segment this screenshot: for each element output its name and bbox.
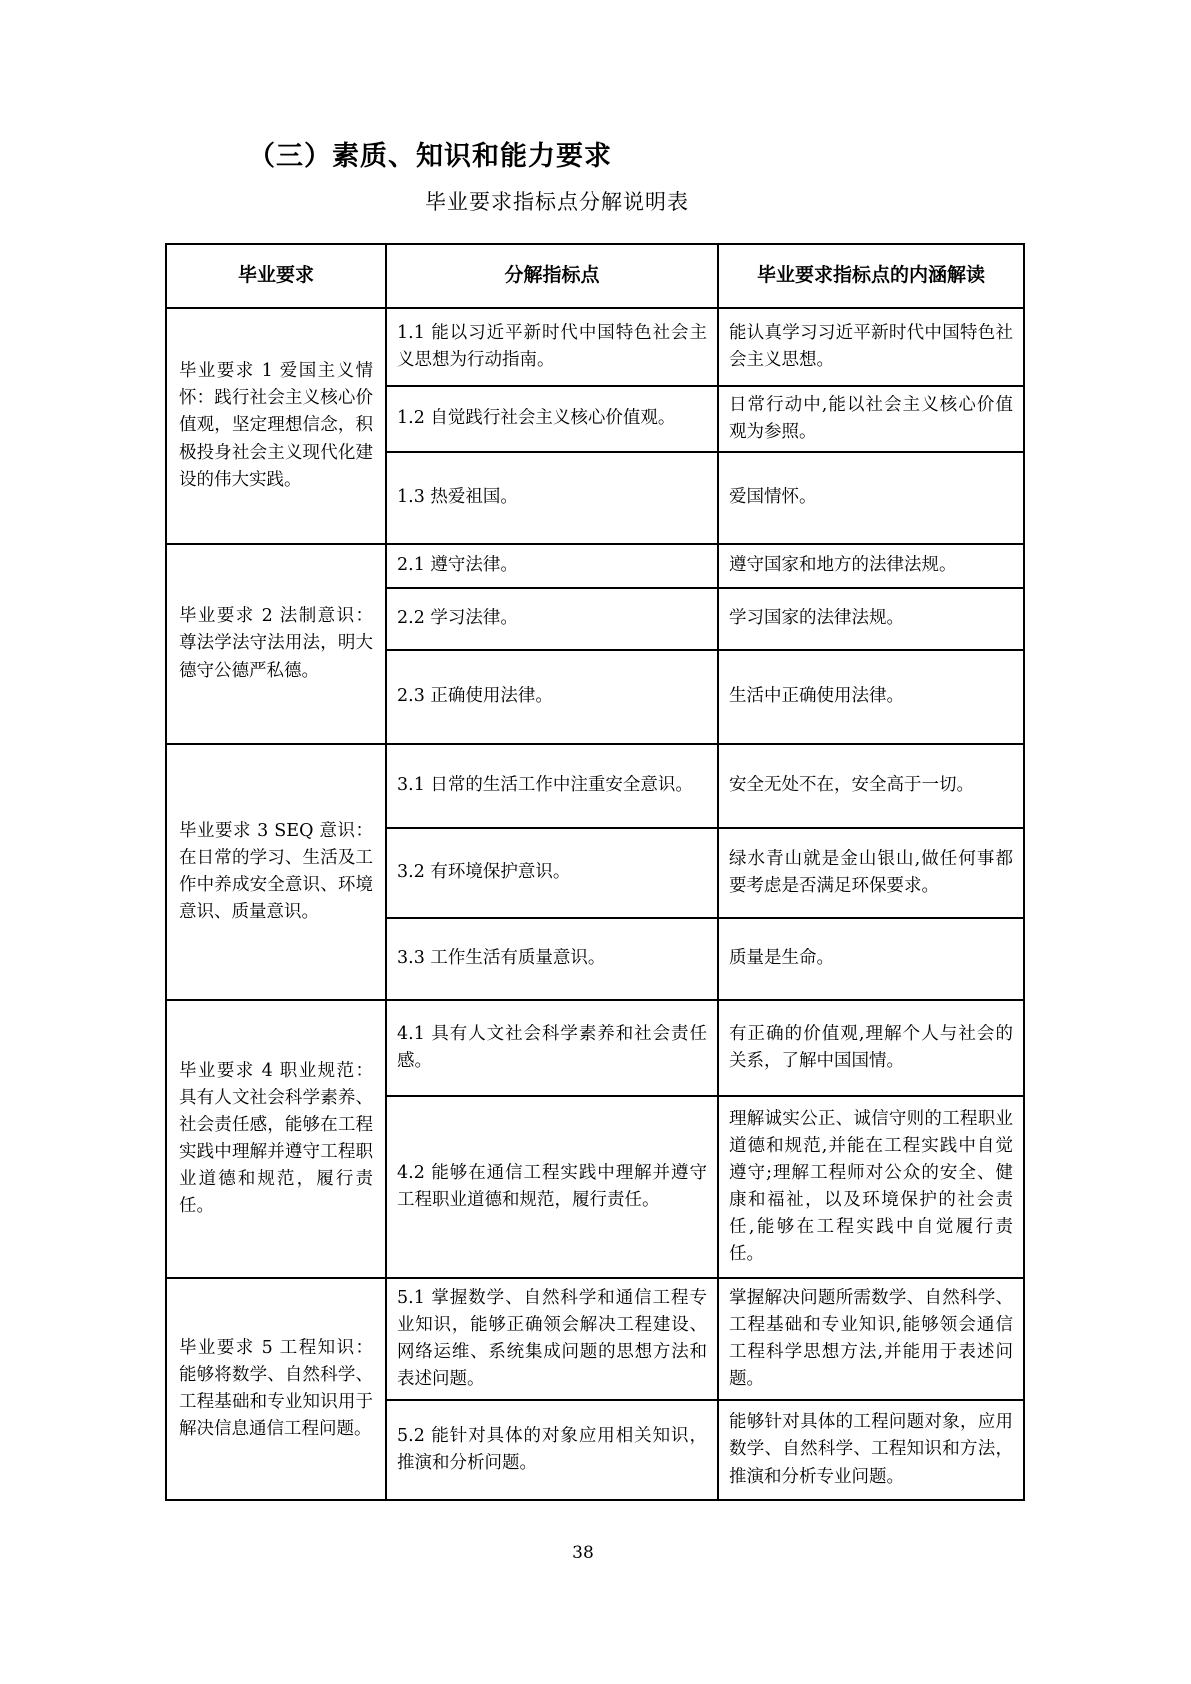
indicator-3-2-cell: 3.2 有环境保护意识。 <box>386 828 718 918</box>
requirement-3-cell: 毕业要求 3 SEQ 意识：在日常的学习、生活及工作中养成安全意识、环境意识、质… <box>166 744 386 1000</box>
requirement-4-cell: 毕业要求 4 职业规范：具有人文社会科学素养、社会责任感，能够在工程实践中理解并… <box>166 1000 386 1278</box>
requirement-2-cell: 毕业要求 2 法制意识：尊法学法守法用法，明大德守公德严私德。 <box>166 544 386 744</box>
header-cell-indicator: 分解指标点 <box>386 244 718 308</box>
indicator-3-1-cell: 3.1 日常的生活工作中注重安全意识。 <box>386 744 718 828</box>
interpretation-3-2-cell: 绿水青山就是金山银山,做任何事都要考虑是否满足环保要求。 <box>718 828 1024 918</box>
table-header-row: 毕业要求 分解指标点 毕业要求指标点的内涵解读 <box>166 244 1024 308</box>
interpretation-4-2-cell: 理解诚实公正、诚信守则的工程职业道德和规范,并能在工程实践中自觉遵守;理解工程师… <box>718 1096 1024 1278</box>
interpretation-2-1-cell: 遵守国家和地方的法律法规。 <box>718 544 1024 588</box>
indicator-2-2-cell: 2.2 学习法律。 <box>386 588 718 650</box>
indicator-4-1-cell: 4.1 具有人文社会科学素养和社会责任感。 <box>386 1000 718 1096</box>
interpretation-5-1-cell: 掌握解决问题所需数学、自然科学、工程基础和专业知识,能够领会通信工程科学思想方法… <box>718 1278 1024 1400</box>
interpretation-1-3-cell: 爱国情怀。 <box>718 452 1024 544</box>
table-caption: 毕业要求指标点分解说明表 <box>0 186 1114 216</box>
interpretation-3-3-cell: 质量是生命。 <box>718 918 1024 1000</box>
interpretation-2-3-cell: 生活中正确使用法律。 <box>718 650 1024 744</box>
indicator-5-1-cell: 5.1 掌握数学、自然科学和通信工程专业知识，能够正确领会解决工程建设、网络运维… <box>386 1278 718 1400</box>
indicator-3-3-cell: 3.3 工作生活有质量意识。 <box>386 918 718 1000</box>
interpretation-3-1-cell: 安全无处不在，安全高于一切。 <box>718 744 1024 828</box>
indicator-1-2-cell: 1.2 自觉践行社会主义核心价值观。 <box>386 386 718 452</box>
requirements-table: 毕业要求 分解指标点 毕业要求指标点的内涵解读 毕业要求 1 爱国主义情怀：践行… <box>165 243 1025 1501</box>
indicator-2-1-cell: 2.1 遵守法律。 <box>386 544 718 588</box>
header-cell-requirement: 毕业要求 <box>166 244 386 308</box>
indicator-1-3-cell: 1.3 热爱祖国。 <box>386 452 718 544</box>
indicator-1-1-cell: 1.1 能以习近平新时代中国特色社会主义思想为行动指南。 <box>386 308 718 386</box>
indicator-2-3-cell: 2.3 正确使用法律。 <box>386 650 718 744</box>
indicator-4-2-cell: 4.2 能够在通信工程实践中理解并遵守工程职业道德和规范，履行责任。 <box>386 1096 718 1278</box>
document-page: （三）素质、知识和能力要求 毕业要求指标点分解说明表 毕业要求 分解指标点 毕业… <box>0 0 1191 1684</box>
table-row: 毕业要求 2 法制意识：尊法学法守法用法，明大德守公德严私德。 2.1 遵守法律… <box>166 544 1024 588</box>
requirement-1-cell: 毕业要求 1 爱国主义情怀：践行社会主义核心价值观，坚定理想信念，积极投身社会主… <box>166 308 386 544</box>
table-row: 毕业要求 1 爱国主义情怀：践行社会主义核心价值观，坚定理想信念，积极投身社会主… <box>166 308 1024 386</box>
interpretation-5-2-cell: 能够针对具体的工程问题对象，应用数学、自然科学、工程知识和方法，推演和分析专业问… <box>718 1400 1024 1500</box>
requirement-5-cell: 毕业要求 5 工程知识：能够将数学、自然科学、工程基础和专业知识用于解决信息通信… <box>166 1278 386 1500</box>
table-row: 毕业要求 3 SEQ 意识：在日常的学习、生活及工作中养成安全意识、环境意识、质… <box>166 744 1024 828</box>
table-row: 毕业要求 4 职业规范：具有人文社会科学素养、社会责任感，能够在工程实践中理解并… <box>166 1000 1024 1096</box>
interpretation-1-1-cell: 能认真学习习近平新时代中国特色社会主义思想。 <box>718 308 1024 386</box>
header-cell-interpretation: 毕业要求指标点的内涵解读 <box>718 244 1024 308</box>
interpretation-1-2-cell: 日常行动中,能以社会主义核心价值观为参照。 <box>718 386 1024 452</box>
interpretation-4-1-cell: 有正确的价值观,理解个人与社会的关系，了解中国国情。 <box>718 1000 1024 1096</box>
section-title: （三）素质、知识和能力要求 <box>248 134 612 173</box>
page-number: 38 <box>0 1543 1166 1563</box>
table-row: 毕业要求 5 工程知识：能够将数学、自然科学、工程基础和专业知识用于解决信息通信… <box>166 1278 1024 1400</box>
interpretation-2-2-cell: 学习国家的法律法规。 <box>718 588 1024 650</box>
indicator-5-2-cell: 5.2 能针对具体的对象应用相关知识，推演和分析问题。 <box>386 1400 718 1500</box>
